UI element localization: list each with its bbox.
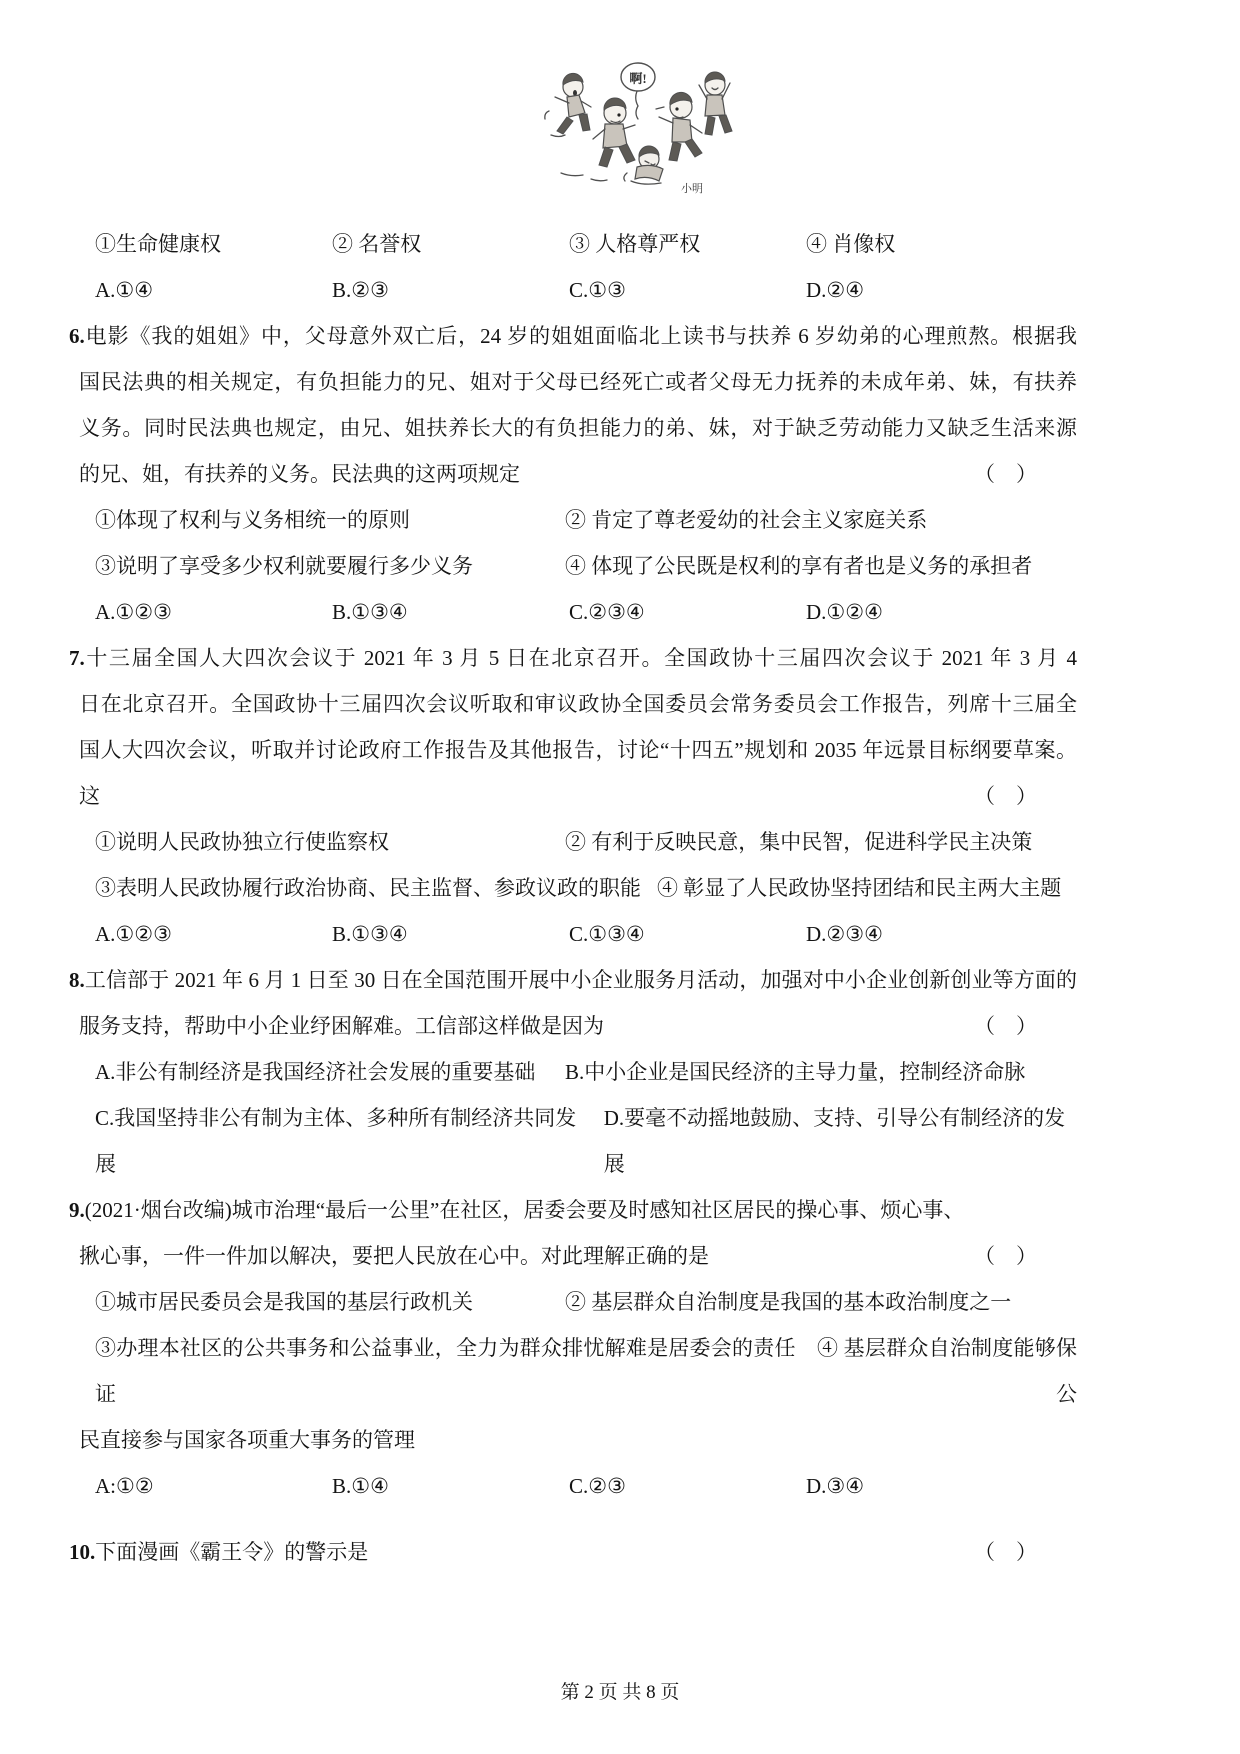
cartoon-figure-left: [545, 73, 591, 136]
q7-statement-3: ③表明人民政协履行政治协商、民主监督、参政议政的职能: [95, 865, 641, 911]
q6-options-row: A.①②③ B.①③④ C.②③④ D.①②④: [69, 589, 1077, 635]
cartoon-figure-cheering: [699, 72, 732, 135]
q7-option-b: B.①③④: [332, 911, 569, 957]
q8-option-b: B.中小企业是国民经济的主导力量，控制经济命脉: [565, 1049, 1077, 1095]
q7-option-d: D.②③④: [806, 911, 1077, 957]
q6-stem-text-4: 的兄、姐，有扶养的义务。民法典的这两项规定: [79, 451, 520, 497]
q7-stem-line-2: 日在北京召开。全国政协十三届四次会议听取和审议政协全国委员会常务委员会工作报告，…: [69, 681, 1077, 727]
q9-statement-2: ② 基层群众自治制度是我国的基本政治制度之一: [565, 1279, 1077, 1325]
q5-choice-1: ①生命健康权: [95, 221, 332, 267]
q9-options-row: A:①② B.①④ C.②③ D.③④: [69, 1463, 1077, 1509]
q5-choice-4: ④ 肖像权: [806, 221, 1077, 267]
q7-statement-1: ①说明人民政协独立行使监察权: [95, 819, 565, 865]
q7-options-row: A.①②③ B.①③④ C.①③④ D.②③④: [69, 911, 1077, 957]
q7-answer-bracket: （ ）: [974, 773, 1077, 819]
question-10: 10.下面漫画《霸王令》的警示是 （ ）: [69, 1529, 1077, 1575]
q6-option-a: A.①②③: [95, 589, 332, 635]
q7-stem-line-4: 这 （ ）: [69, 773, 1077, 819]
q10-answer-bracket: （ ）: [974, 1529, 1077, 1575]
q9-statement-1: ①城市居民委员会是我国的基层行政机关: [95, 1279, 565, 1325]
cartoon-figure-right: [656, 92, 702, 161]
page-number-footer: 第 2 页 共 8 页: [0, 1670, 1240, 1716]
q5-choice-2: ② 名誉权: [332, 221, 569, 267]
motion-lines: [561, 173, 607, 181]
q8-number: 8.: [69, 968, 85, 992]
q7-statements-row-1: ①说明人民政协独立行使监察权 ② 有利于反映民意，集中民智，促进科学民主决策: [69, 819, 1077, 865]
q7-statement-2: ② 有利于反映民意，集中民智，促进科学民主决策: [565, 819, 1077, 865]
q6-option-b: B.①③④: [332, 589, 569, 635]
bubble-text: 啊!: [629, 71, 646, 86]
q7-stem-text-1: 十三届全国人大四次会议于 2021 年 3 月 5 日在北京召开。全国政协十三届…: [85, 646, 1077, 670]
q6-statements-row-2: ③说明了享受多少权利就要履行多少义务 ④ 体现了公民既是权利的享有者也是义务的承…: [69, 543, 1077, 589]
q6-statement-2: ② 肯定了尊老爱幼的社会主义家庭关系: [565, 497, 1077, 543]
q8-stem-text-2: 服务支持，帮助中小企业纾困解难。工信部这样做是因为: [79, 1003, 604, 1049]
q5-option-c: C.①③: [569, 267, 806, 313]
q8-answer-bracket: （ ）: [974, 1003, 1077, 1049]
q7-statement-4: ④ 彰显了人民政协坚持团结和民主两大主题: [657, 865, 1061, 911]
q5-option-b: B.②③: [332, 267, 569, 313]
q8-option-a: A.非公有制经济是我国经济社会发展的重要基础: [95, 1049, 565, 1095]
q5-option-d: D.②④: [806, 267, 1077, 313]
q9-stem-text-2: 揪心事，一件一件加以解决，要把人民放在心中。对此理解正确的是: [79, 1233, 709, 1279]
q6-stem-line-3: 义务。同时民法典也规定，由兄、姐扶养长大的有负担能力的弟、妹，对于缺乏劳动能力又…: [69, 405, 1077, 451]
q7-option-a: A.①②③: [95, 911, 332, 957]
q6-option-c: C.②③④: [569, 589, 806, 635]
q6-statement-4: ④ 体现了公民既是权利的享有者也是义务的承担者: [565, 543, 1077, 589]
q9-statements-line-2: 民直接参与国家各项重大事务的管理: [69, 1417, 1077, 1463]
q6-statement-3: ③说明了享受多少权利就要履行多少义务: [95, 543, 565, 589]
q9-answer-bracket: （ ）: [974, 1233, 1077, 1279]
question-7: 7.十三届全国人大四次会议于 2021 年 3 月 5 日在北京召开。全国政协十…: [69, 635, 1077, 957]
q5-choice-3: ③ 人格尊严权: [569, 221, 806, 267]
q6-stem-line-2: 国民法典的相关规定，有负担能力的兄、姐对于父母已经死亡或者父母无力抚养的未成年弟…: [69, 359, 1077, 405]
q9-option-a: A:①②: [95, 1463, 332, 1509]
q7-stem-line-3: 国人大四次会议，听取并讨论政府工作报告及其他报告，讨论“十四五”规划和 2035…: [69, 727, 1077, 773]
q9-stem-line-1: 9.(2021·烟台改编)城市治理“最后一公里”在社区，居委会要及时感知社区居民…: [69, 1187, 1077, 1233]
q6-stem-text-1: 电影《我的姐姐》中，父母意外双亡后，24 岁的姐姐面临北上读书与扶养 6 岁幼弟…: [85, 324, 1077, 348]
q10-number: 10.: [69, 1540, 95, 1564]
q8-stem-line-2: 服务支持，帮助中小企业纾困解难。工信部这样做是因为 （ ）: [69, 1003, 1077, 1049]
q8-options-row-2: C.我国坚持非公有制为主体、多种所有制经济共同发展 D.要毫不动摇地鼓励、支持、…: [69, 1095, 1077, 1187]
page-content: 啊!: [0, 55, 1240, 1575]
bullying-cartoon-image: 啊!: [531, 55, 736, 195]
q9-statements-line-1: ③办理本社区的公共事务和公益事业，全力为群众排忧解难是居委会的责任 ④ 基层群众…: [69, 1325, 1077, 1417]
q7-number: 7.: [69, 646, 85, 670]
q5-options-row: A.①④ B.②③ C.①③ D.②④: [69, 267, 1077, 313]
q6-option-d: D.①②④: [806, 589, 1077, 635]
q7-stem-line-1: 7.十三届全国人大四次会议于 2021 年 3 月 5 日在北京召开。全国政协十…: [69, 635, 1077, 681]
q7-option-c: C.①③④: [569, 911, 806, 957]
q8-option-d: D.要毫不动摇地鼓励、支持、引导公有制经济的发展: [604, 1095, 1077, 1187]
q6-number: 6.: [69, 324, 85, 348]
q6-statement-1: ①体现了权利与义务相统一的原则: [95, 497, 565, 543]
q9-stem-text-1: (2021·烟台改编)城市治理“最后一公里”在社区，居委会要及时感知社区居民的操…: [85, 1198, 965, 1222]
cartoon-name-label: 小明: [681, 181, 703, 195]
q6-statements-row-1: ①体现了权利与义务相统一的原则 ② 肯定了尊老爱幼的社会主义家庭关系: [69, 497, 1077, 543]
q9-stem-line-2: 揪心事，一件一件加以解决，要把人民放在心中。对此理解正确的是 （ ）: [69, 1233, 1077, 1279]
cartoon-svg: 啊!: [531, 55, 736, 195]
q8-stem-text-1: 工信部于 2021 年 6 月 1 日至 30 日在全国范围开展中小企业服务月活…: [85, 968, 1077, 992]
exam-page: 啊!: [0, 0, 1240, 1754]
q7-statements-row-2: ③表明人民政协履行政治协商、民主监督、参政议政的职能 ④ 彰显了人民政协坚持团结…: [69, 865, 1077, 911]
question-8: 8.工信部于 2021 年 6 月 1 日至 30 日在全国范围开展中小企业服务…: [69, 957, 1077, 1187]
question-9: 9.(2021·烟台改编)城市治理“最后一公里”在社区，居委会要及时感知社区居民…: [69, 1187, 1077, 1509]
q8-options-row-1: A.非公有制经济是我国经济社会发展的重要基础 B.中小企业是国民经济的主导力量，…: [69, 1049, 1077, 1095]
question-6: 6.电影《我的姐姐》中，父母意外双亡后，24 岁的姐姐面临北上读书与扶养 6 岁…: [69, 313, 1077, 635]
cartoon-figure-center: [593, 98, 635, 167]
q9-number: 9.: [69, 1198, 85, 1222]
q9-option-d: D.③④: [806, 1463, 1077, 1509]
q9-option-b: B.①④: [332, 1463, 569, 1509]
q6-answer-bracket: （ ）: [974, 451, 1077, 497]
q7-stem-text-4: 这: [79, 773, 100, 819]
q10-stem-text: 下面漫画《霸王令》的警示是: [95, 1540, 368, 1564]
q6-stem-line-4: 的兄、姐，有扶养的义务。民法典的这两项规定 （ ）: [69, 451, 1077, 497]
q5-option-a: A.①④: [95, 267, 332, 313]
q9-option-c: C.②③: [569, 1463, 806, 1509]
q6-stem-line-1: 6.电影《我的姐姐》中，父母意外双亡后，24 岁的姐姐面临北上读书与扶养 6 岁…: [69, 313, 1077, 359]
q5-choices-row: ①生命健康权 ② 名誉权 ③ 人格尊严权 ④ 肖像权: [69, 221, 1077, 267]
q8-option-c: C.我国坚持非公有制为主体、多种所有制经济共同发展: [95, 1095, 588, 1187]
q8-stem-line-1: 8.工信部于 2021 年 6 月 1 日至 30 日在全国范围开展中小企业服务…: [69, 957, 1077, 1003]
q9-statements-row-1: ①城市居民委员会是我国的基层行政机关 ② 基层群众自治制度是我国的基本政治制度之…: [69, 1279, 1077, 1325]
